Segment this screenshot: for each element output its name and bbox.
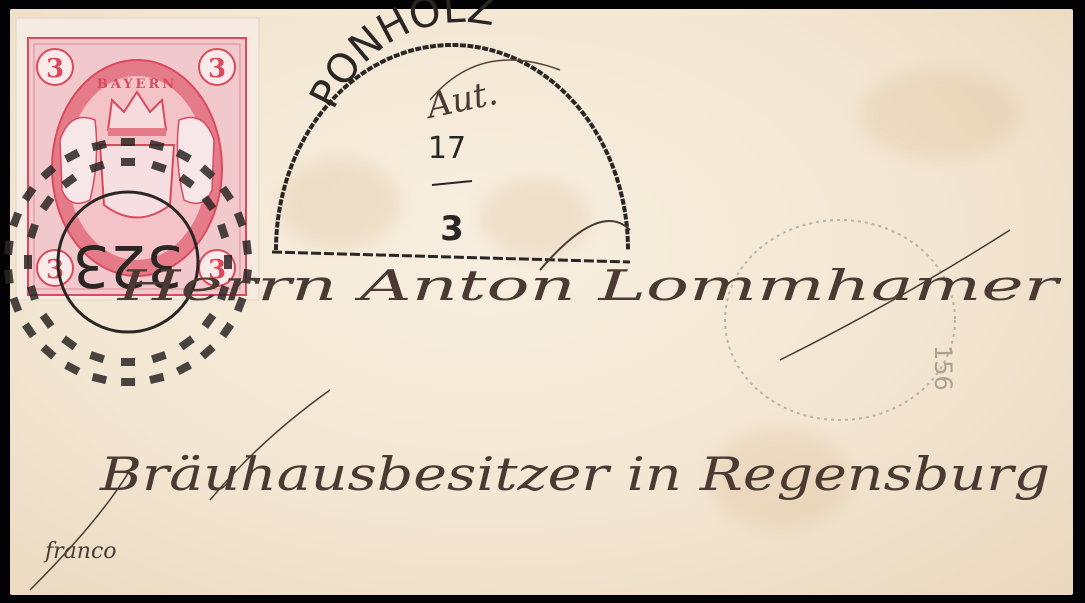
address-line-1: Herrn Anton Lommhamer bbox=[116, 261, 1063, 310]
cover-artwork: BAYERN 3 3 3 3 323 bbox=[0, 0, 1085, 603]
svg-text:156: 156 bbox=[929, 345, 957, 391]
postmark-day: 17 bbox=[428, 131, 466, 166]
corner-value-tl: 3 bbox=[37, 49, 73, 85]
address-line-3: franco bbox=[43, 539, 117, 564]
coat-of-arms-shield bbox=[100, 145, 174, 218]
postmark-month: 3 bbox=[440, 209, 464, 249]
town-postmark: PONHOLZ 17 3 bbox=[272, 0, 630, 262]
stamp-country: BAYERN bbox=[97, 77, 177, 92]
address-line-2: Bräuhausbesitzer in Regensburg bbox=[99, 447, 1050, 501]
photo-background: BAYERN 3 3 3 3 323 bbox=[0, 0, 1085, 603]
corner-value-tr: 3 bbox=[199, 49, 235, 85]
svg-text:3: 3 bbox=[46, 54, 64, 84]
lion-supporter-left bbox=[60, 118, 97, 204]
lion-supporter-right bbox=[177, 118, 214, 204]
receiving-mark: 156 bbox=[725, 220, 957, 420]
svg-text:3: 3 bbox=[208, 54, 226, 84]
corner-value-bl: 3 bbox=[37, 250, 73, 286]
manuscript-date-note: Aut. bbox=[421, 73, 502, 127]
